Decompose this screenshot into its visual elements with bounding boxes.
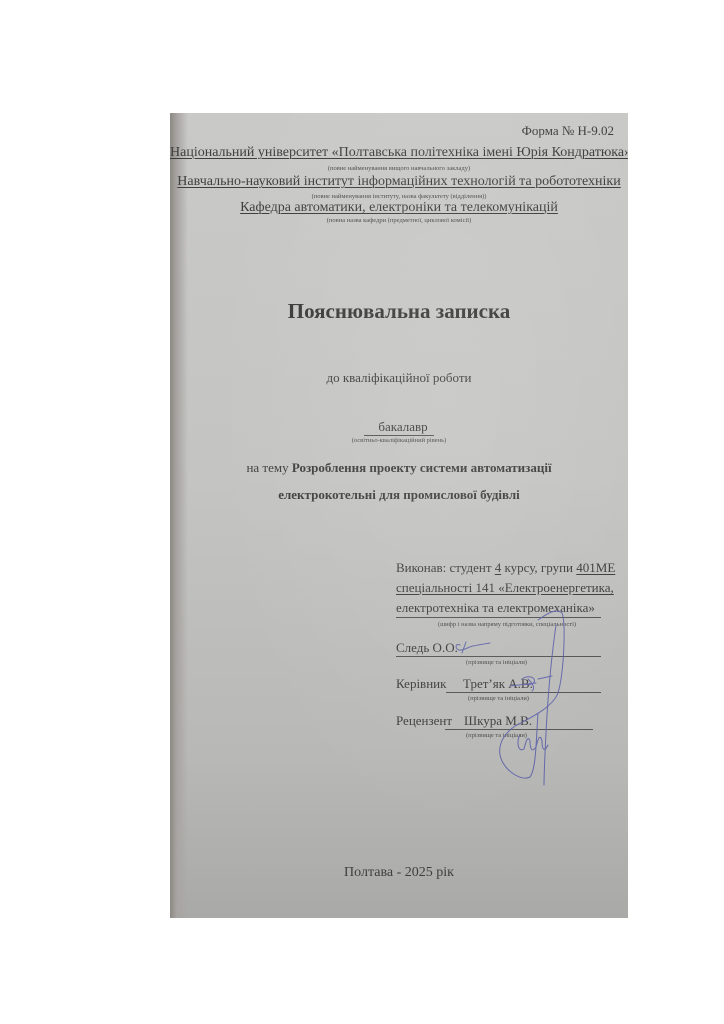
reviewer-caption: (прізвище та ініціали)	[466, 732, 527, 739]
supervisor-label: Керівник	[396, 676, 446, 692]
author-line-1: Виконав: студент 4 курсу, групи 401МЕ	[396, 560, 615, 576]
department-caption: (повна назва кафедри (предметної, циклов…	[170, 217, 628, 224]
author-rule	[396, 656, 601, 657]
author-group: 401МЕ	[576, 560, 615, 575]
institute-caption: (повне найменування інституту, назва фак…	[170, 193, 628, 200]
specialty-rule	[396, 617, 601, 618]
author-course: 4	[495, 560, 502, 575]
document-page: Форма № Н-9.02 Національний університет …	[170, 113, 628, 918]
author-name-caption: (прізвище та ініціали)	[466, 659, 527, 666]
author-name: Следь О.О.	[396, 640, 458, 656]
topic-text-1: Розроблення проекту системи автоматизаці…	[292, 460, 552, 475]
topic-prefix: на тему	[246, 460, 288, 475]
document-title: Пояснювальна записка	[170, 299, 628, 324]
university-caption: (повне найменування вищого навчального з…	[170, 165, 628, 172]
supervisor-rule	[446, 692, 601, 693]
topic-line-1: на тему Розроблення проекту системи авто…	[170, 460, 628, 476]
author-specialty-line-2: електротехніка та електромеханіка»	[396, 600, 595, 616]
degree: бакалавр	[170, 419, 628, 436]
reviewer-rule	[445, 729, 593, 730]
degree-caption: (освітньо-кваліфікаційний рівень)	[170, 437, 628, 444]
supervisor-name: Трет’як А.В.	[463, 676, 533, 692]
document-subtitle: до кваліфікаційної роботи	[170, 370, 628, 386]
city-year: Полтава - 2025 рік	[170, 865, 628, 881]
author-prefix: Виконав: студент	[396, 560, 492, 575]
institute-name: Навчально-науковий інститут інформаційни…	[170, 174, 628, 190]
signature-icon	[170, 113, 628, 918]
reviewer-label: Рецензент	[396, 713, 452, 729]
author-specialty-line-1: спеціальності 141 «Електроенергетика,	[396, 580, 614, 596]
topic-line-2: електрокотельні для промислової будівлі	[170, 487, 628, 503]
supervisor-caption: (прізвище та ініціали)	[468, 695, 529, 702]
specialty-caption: (шифр і назва напряму підготовки, спеціа…	[438, 621, 576, 628]
degree-value: бакалавр	[364, 419, 433, 436]
reviewer-name: Шкура М.В.	[464, 713, 532, 729]
department-name: Кафедра автоматики, електроніки та телек…	[170, 200, 628, 216]
university-name: Національний університет «Полтавська пол…	[170, 145, 628, 161]
form-number: Форма № Н-9.02	[522, 123, 614, 139]
author-mid: курсу, групи	[505, 560, 574, 575]
